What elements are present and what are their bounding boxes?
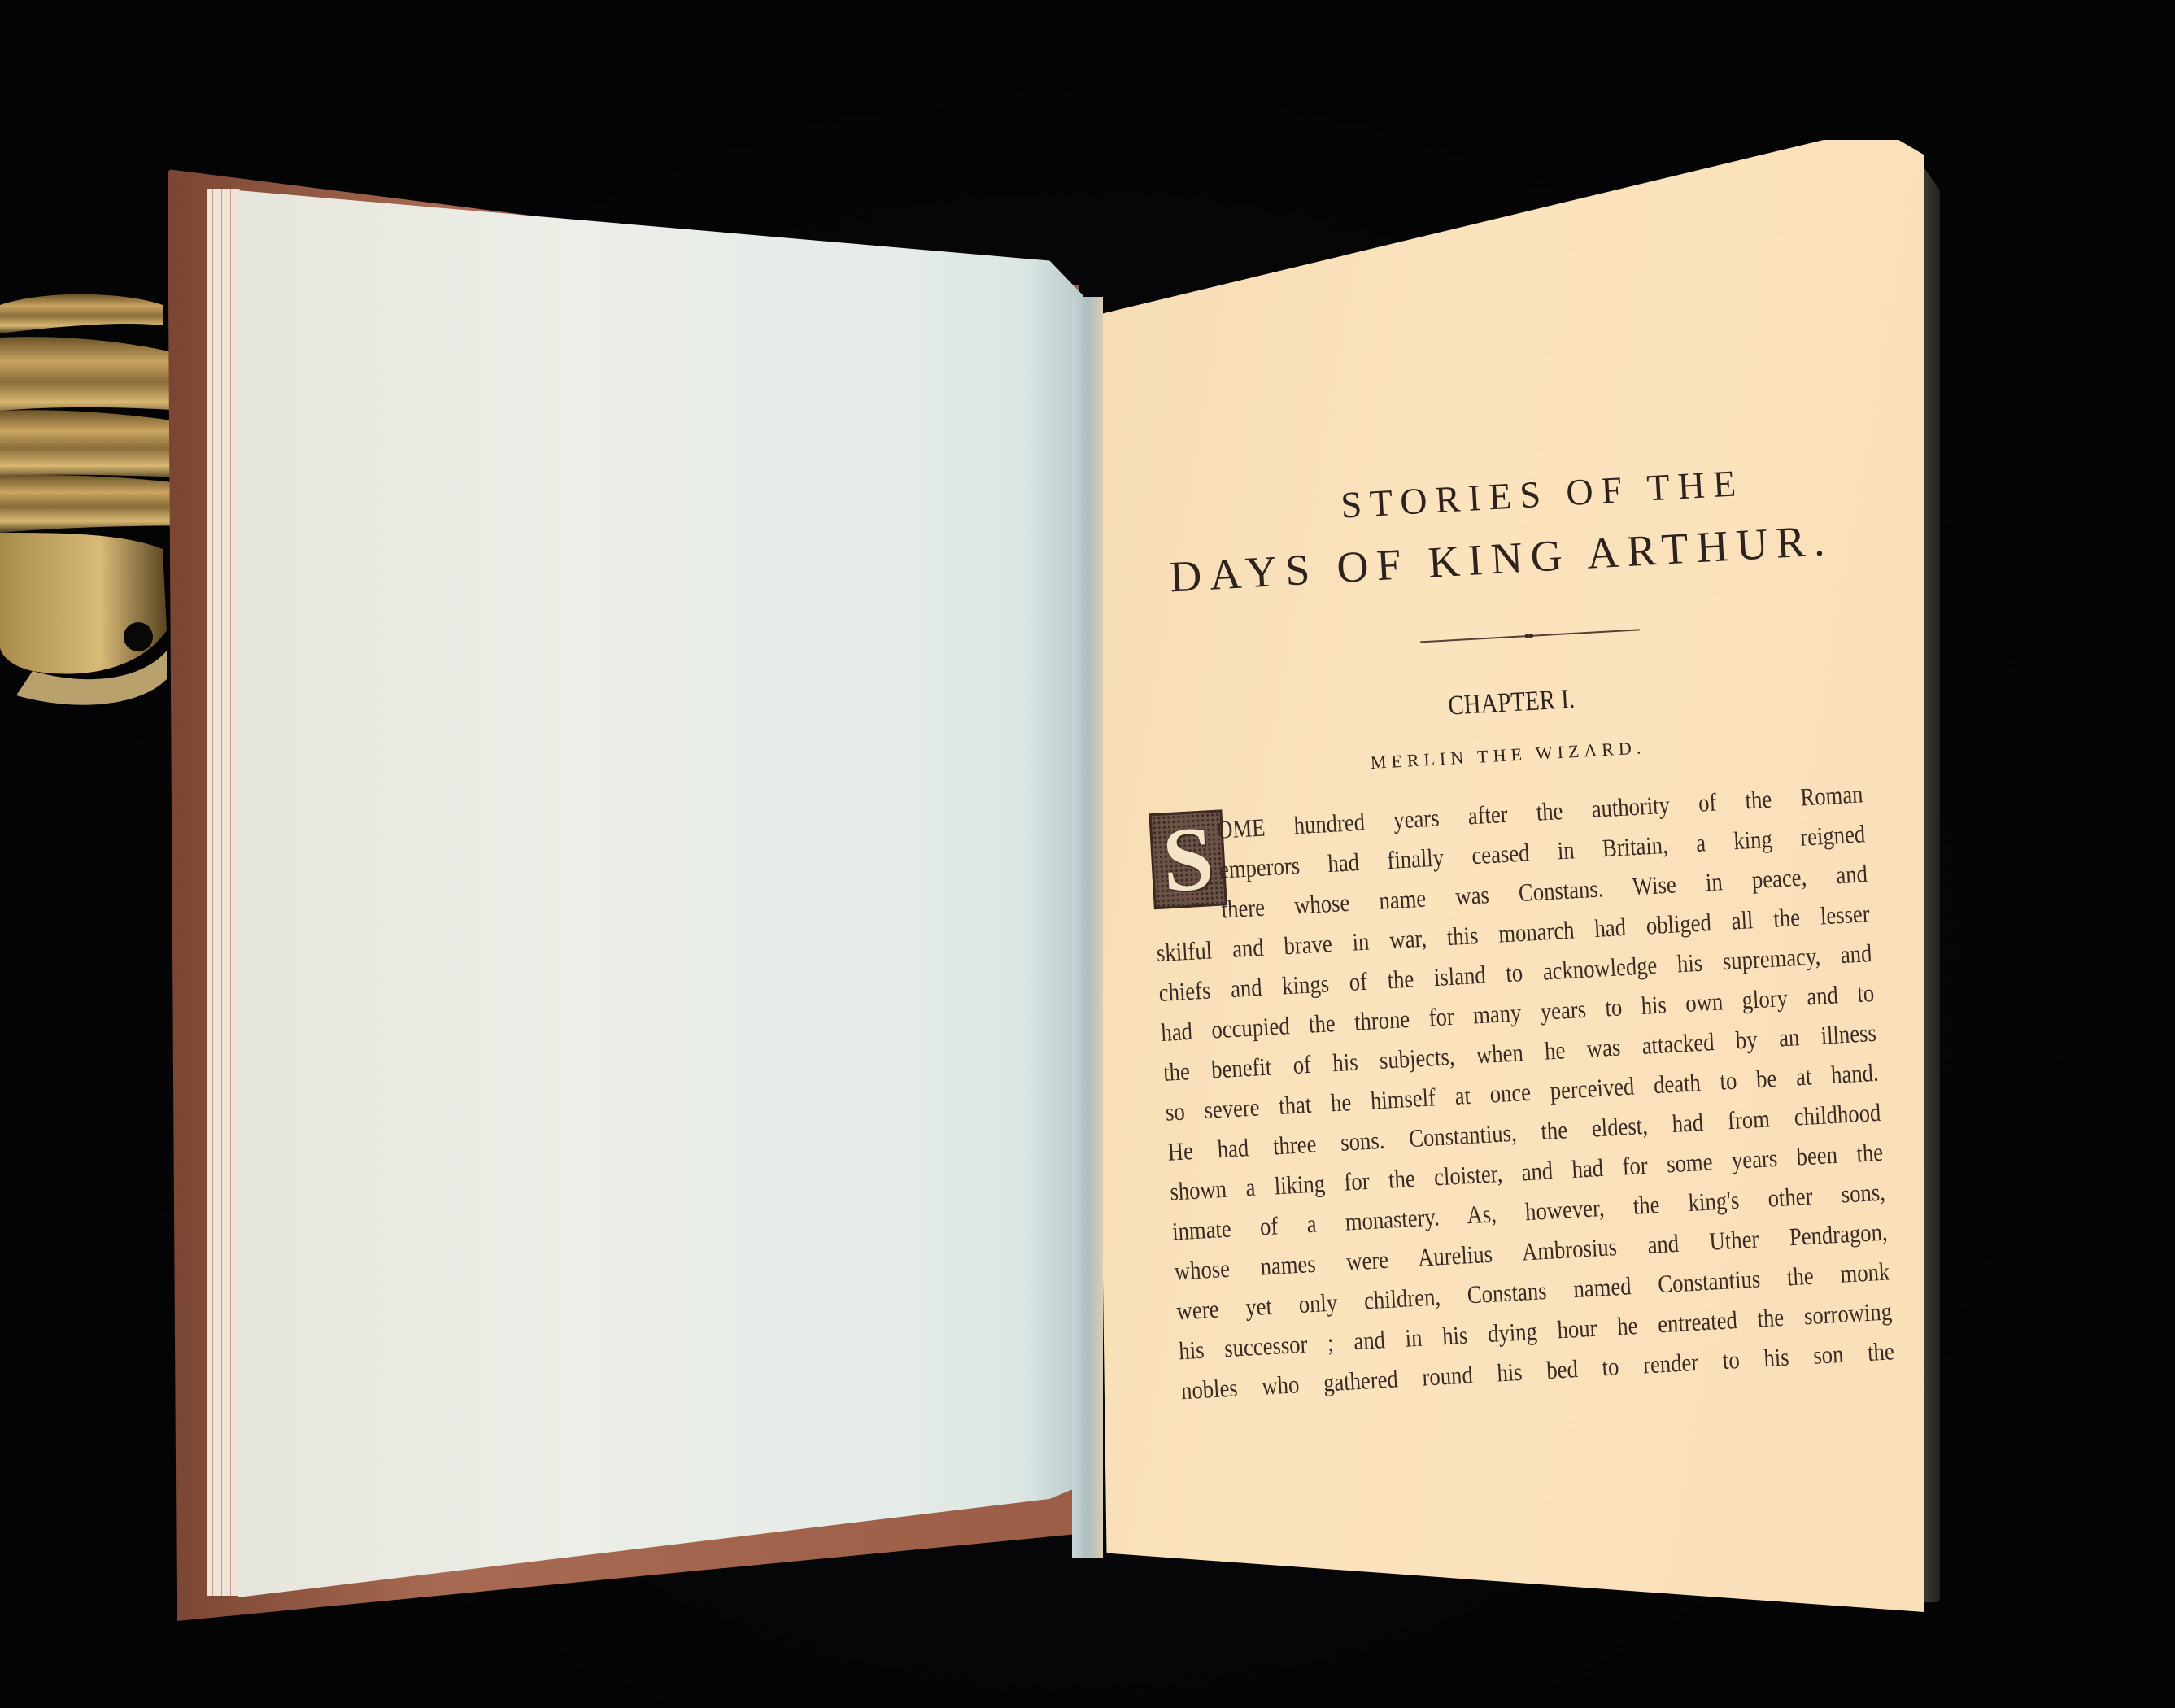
chapter-subheading: MERLIN THE WIZARD. (1146, 725, 1862, 786)
photo-scene: STORIES OF THE DAYS OF KING ARTHUR. CHAP… (0, 0, 2175, 1708)
rule-ornament-icon (1524, 633, 1534, 640)
left-page-block-edge (207, 189, 240, 1596)
right-page-text: STORIES OF THE DAYS OF KING ARTHUR. CHAP… (1131, 448, 1897, 1410)
ornamental-rule (1420, 626, 1640, 645)
body-text: S OME hundred years after the authority … (1149, 773, 1897, 1410)
chapter-heading: CHAPTER I. (1196, 671, 1806, 736)
left-page-blank (238, 190, 1083, 1597)
book-gutter (1072, 297, 1103, 1558)
